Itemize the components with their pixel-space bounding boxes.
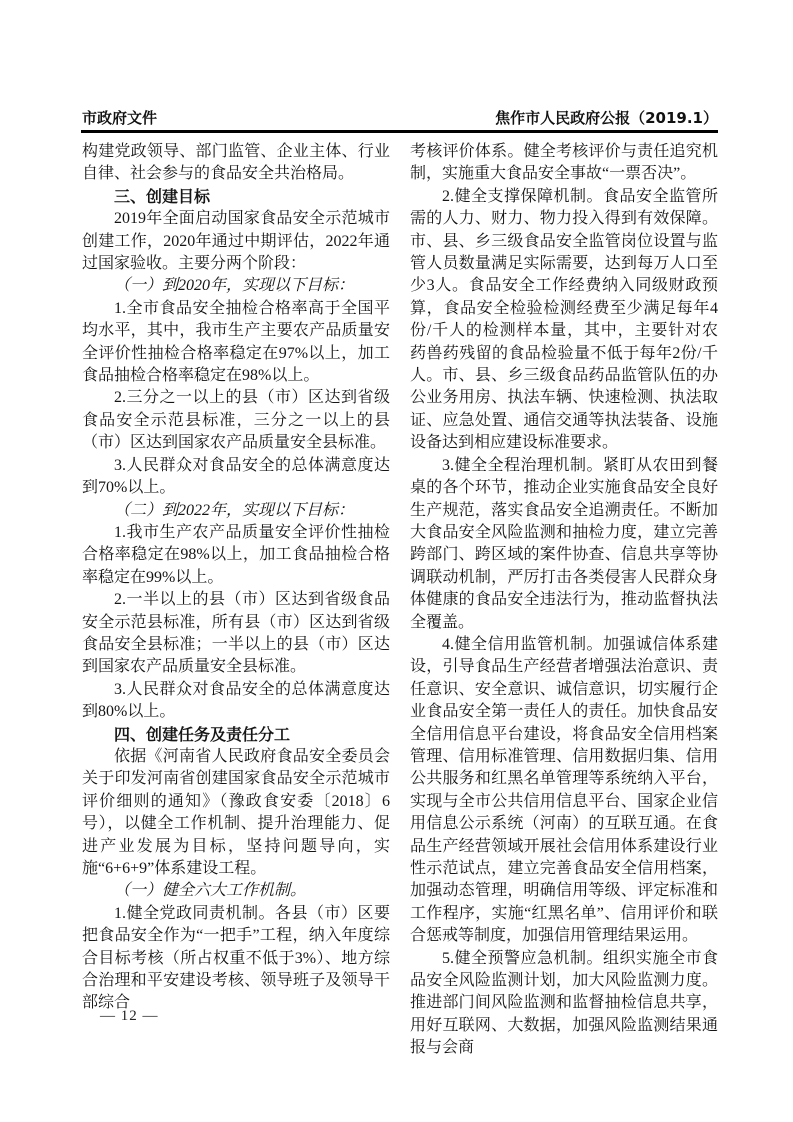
paragraph-body: 1.健全党政同责机制。各县（市）区要把食品安全作为“一把手”工程，纳入年度综合目… [82, 903, 390, 1015]
paragraph-body: 2.健全支撑保障机制。食品安全监管所需的人力、财力、物力投入得到有效保障。市、县… [410, 186, 718, 455]
header-rule [81, 130, 718, 133]
paragraph-body: 考核评价体系。健全考核评价与责任追究机制，实施重大食品安全事故“一票否决”。 [410, 141, 718, 186]
page-number: — 12 — [100, 1008, 159, 1024]
paragraph-body: 3.人民群众对食品安全的总体满意度达到70%以上。 [82, 455, 390, 500]
paragraph-body: 1.我市生产农产品质量安全评价性抽检合格率稳定在98%以上，加工食品抽检合格率稳… [82, 522, 390, 589]
paragraph-body: 1.全市食品安全抽检合格率高于全国平均水平，其中，我市生产主要农产品质量安全评价… [82, 298, 390, 388]
paragraph-body: 4.健全信用监管机制。加强诚信体系建设，引导食品生产经营者增强法治意识、责任意识… [410, 634, 718, 948]
paragraph-body: 3.人民群众对食品安全的总体满意度达到80%以上。 [82, 679, 390, 724]
paragraph-heading: 三、创建目标 [82, 186, 390, 208]
paragraph-kai: （二）到2022年，实现以下目标： [82, 500, 390, 522]
paragraph-body: 2.一半以上的县（市）区达到省级食品安全示范县标准，所有县（市）区达到省级食品安… [82, 589, 390, 679]
paragraph-body: 构建党政领导、部门监管、企业主体、行业自律、社会参与的食品安全共治格局。 [82, 141, 390, 186]
document-page: 市政府文件 焦作市人民政府公报（2019.1） 构建党政领导、部门监管、企业主体… [0, 0, 793, 1122]
paragraph-kai: （一）到2020年，实现以下目标： [82, 275, 390, 297]
paragraph-body: 3.健全全程治理机制。紧盯从农田到餐桌的各个环节，推动企业实施食品安全良好生产规… [410, 455, 718, 634]
right-column: 考核评价体系。健全考核评价与责任追究机制，实施重大食品安全事故“一票否决”。2.… [410, 141, 718, 1060]
paragraph-body: 2.三分之一以上的县（市）区达到省级食品安全示范县标准，三分之一以上的县（市）区… [82, 387, 390, 454]
page-footer: — 12 — [100, 1008, 159, 1025]
paragraph-heading: 四、创建任务及责任分工 [82, 724, 390, 746]
page-header: 市政府文件 焦作市人民政府公报（2019.1） [82, 107, 718, 128]
paragraph-body: 2019年全面启动国家食品安全示范城市创建工作，2020年通过中期评估，2022… [82, 208, 390, 275]
document-body: 构建党政领导、部门监管、企业主体、行业自律、社会参与的食品安全共治格局。三、创建… [82, 141, 718, 1060]
header-right-title: 焦作市人民政府公报（2019.1） [495, 107, 718, 128]
paragraph-body: 依据《河南省人民政府食品安全委员会关于印发河南省创建国家食品安全示范城市评价细则… [82, 746, 390, 880]
paragraph-body: 5.健全预警应急机制。组织实施全市食品安全风险监测计划，加大风险监测力度。推进部… [410, 948, 718, 1060]
paragraph-kai: （一）健全六大工作机制。 [82, 880, 390, 902]
header-left-title: 市政府文件 [82, 107, 157, 128]
left-column: 构建党政领导、部门监管、企业主体、行业自律、社会参与的食品安全共治格局。三、创建… [82, 141, 390, 1060]
